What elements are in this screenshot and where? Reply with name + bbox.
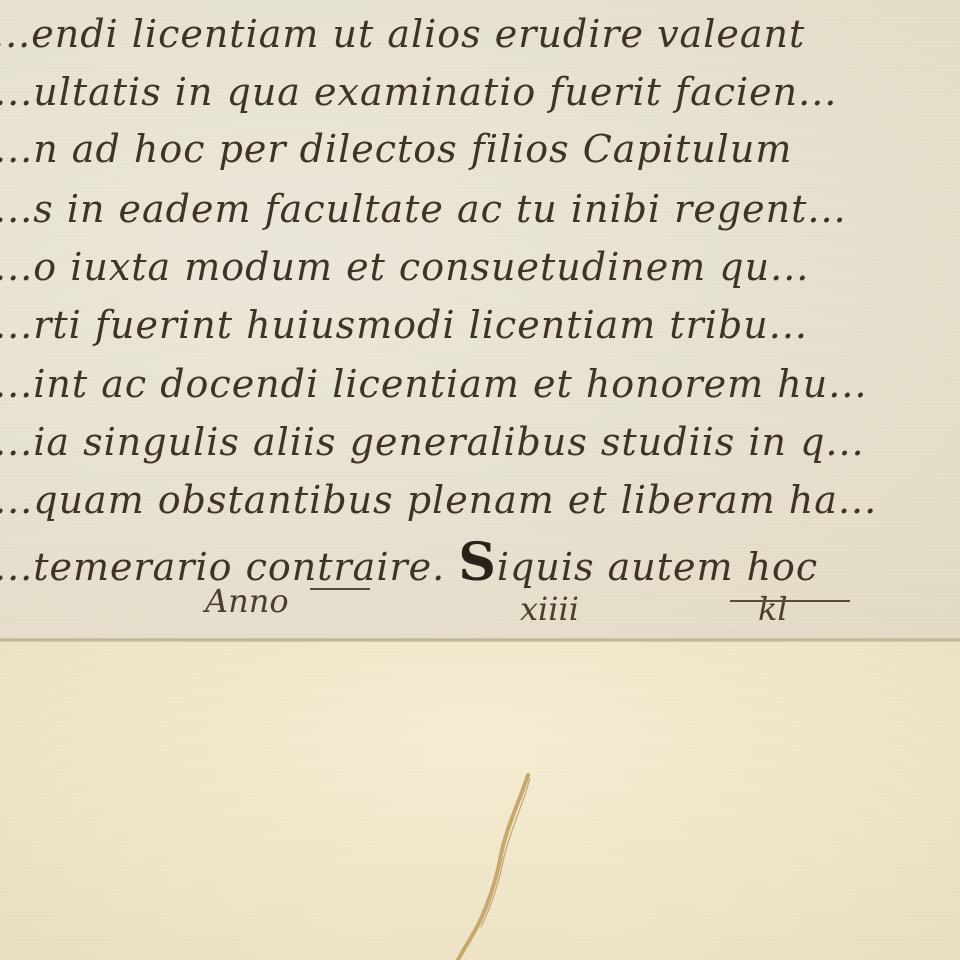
silk-seal-cord-icon bbox=[0, 0, 960, 960]
